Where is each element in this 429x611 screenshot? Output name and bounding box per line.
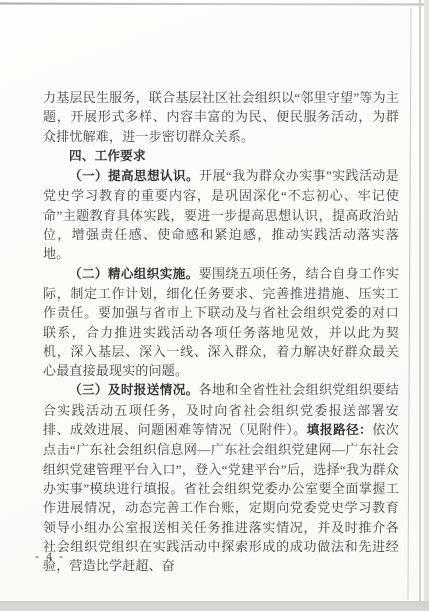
para-item-three: （三）及时报送情况。各地和全省性社会组织党组织要结合实践活动五项任务，及时向省社… <box>43 380 399 575</box>
heading-section-four: 四、工作要求 <box>43 146 399 166</box>
para-continuation: 力基层民生服务，联合基层社区社会组织以“邻里守望”等为主题，开展形式多样、内容丰… <box>43 88 399 146</box>
bold-text-segment: 四、工作要求 <box>69 149 146 163</box>
bold-text-segment: （一）提高思想认识。 <box>69 169 199 183</box>
page-number: - 4 - <box>35 549 65 564</box>
para-item-one: （一）提高思想认识。开展“我为群众办实事”实践活动是党史学习教育的重要内容，是巩… <box>43 166 399 263</box>
page-fold-line <box>407 8 411 600</box>
text-segment: 要围绕五项任务，结合自身工作实际，制定工作计划，细化任务要求、完善推进措施、压实… <box>43 266 399 378</box>
page-right-edge-line <box>419 0 421 611</box>
scan-bottom-shadow <box>0 601 429 611</box>
scan-right-band <box>424 0 429 611</box>
bold-text-segment: （二）精心组织实施。 <box>69 267 199 281</box>
bold-text-segment: 填报路径： <box>307 423 373 437</box>
text-segment: 依次点击“广东社会组织信息网—广东社会组织党建网—广东社会组织党建管理平台入口”… <box>43 422 399 573</box>
scan-top-edge <box>0 3 429 6</box>
bold-text-segment: （三）及时报送情况。 <box>69 383 199 397</box>
scanned-document-page: 力基层民生服务，联合基层社区社会组织以“邻里守望”等为主题，开展形式多样、内容丰… <box>0 0 429 611</box>
text-segment: 力基层民生服务，联合基层社区社会组织以“邻里守望”等为主题，开展形式多样、内容丰… <box>43 90 399 144</box>
para-item-two: （二）精心组织实施。要围绕五项任务，结合自身工作实际，制定工作计划，细化任务要求… <box>43 264 399 381</box>
document-text: 力基层民生服务，联合基层社区社会组织以“邻里守望”等为主题，开展形式多样、内容丰… <box>43 88 399 575</box>
